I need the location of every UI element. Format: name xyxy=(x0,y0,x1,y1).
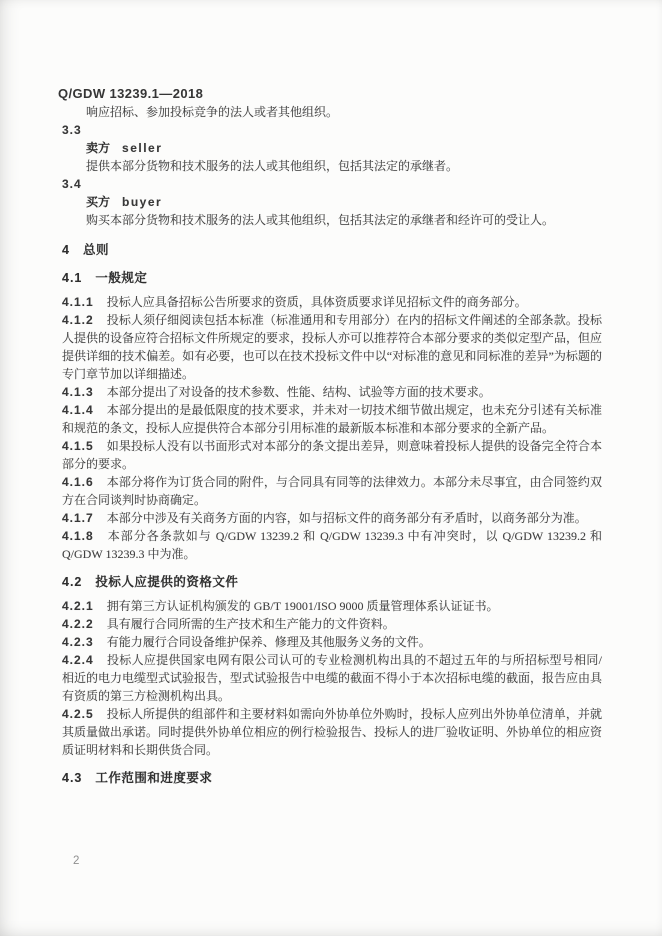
clause-4-2-3-number: 4.2.3 xyxy=(62,635,94,649)
definition-paragraph-bidder: 响应招标、参加投标竞争的法人或者其他组织。 xyxy=(62,103,602,121)
heading-4-1-number: 4.1 xyxy=(62,271,82,285)
heading-4-2-title: 投标人应提供的资格文件 xyxy=(95,575,238,589)
definition-paragraph-buyer: 购买本部分货物和技术服务的法人或其他组织，包括其法定的承继者和经许可的受让人。 xyxy=(62,211,602,229)
clause-4-1-7-text: 本部分中涉及有关商务方面的内容，如与招标文件的商务部分有矛盾时，以商务部分为准。 xyxy=(107,511,587,525)
clause-4-1-7: 4.1.7本部分中涉及有关商务方面的内容，如与招标文件的商务部分有矛盾时，以商务… xyxy=(62,509,602,527)
clause-4-2-5-text: 投标人所提供的组部件和主要材料如需向外协单位外购时，投标人应列出外协单位清单，并… xyxy=(62,707,602,757)
clause-4-2-2-text: 具有履行合同所需的生产技术和生产能力的文件资料。 xyxy=(107,617,395,631)
clause-4-1-8-text: 本部分各条款如与 Q/GDW 13239.2 和 Q/GDW 13239.3 中… xyxy=(62,529,602,561)
clause-4-2-2: 4.2.2具有履行合同所需的生产技术和生产能力的文件资料。 xyxy=(62,615,602,633)
clause-4-2-1: 4.2.1拥有第三方认证机构颁发的 GB/T 19001/ISO 9000 质量… xyxy=(62,597,602,615)
clause-4-2-5: 4.2.5投标人所提供的组部件和主要材料如需向外协单位外购时，投标人应列出外协单… xyxy=(62,705,602,759)
clause-4-1-5-number: 4.1.5 xyxy=(62,439,94,453)
clause-4-1-4: 4.1.4本部分提出的是最低限度的技术要求，并未对一切技术细节做出规定，也未充分… xyxy=(62,401,602,437)
clause-4-1-6-number: 4.1.6 xyxy=(62,475,94,489)
term-buyer: 买方buyer xyxy=(62,193,602,211)
heading-4-1-general-rules: 4.1一般规定 xyxy=(62,269,602,287)
clause-4-1-4-number: 4.1.4 xyxy=(62,403,94,417)
clause-4-1-2-text: 投标人须仔细阅读包括本标准（标准通用和专用部分）在内的招标文件阐述的全部条款。投… xyxy=(62,313,602,381)
running-header-doc-code: Q/GDW 13239.1—2018 xyxy=(58,86,203,101)
document-body: 响应招标、参加投标竞争的法人或者其他组织。 3.3 卖方seller 提供本部分… xyxy=(62,103,602,793)
term-seller-zh: 卖方 xyxy=(86,141,110,155)
heading-4-3-title: 工作范围和进度要求 xyxy=(95,771,212,785)
clause-4-2-1-text: 拥有第三方认证机构颁发的 GB/T 19001/ISO 9000 质量管理体系认… xyxy=(107,599,499,613)
clause-4-1-8-number: 4.1.8 xyxy=(62,529,94,543)
clause-4-1-3-text: 本部分提出了对设备的技术参数、性能、结构、试验等方面的技术要求。 xyxy=(107,385,491,399)
term-seller: 卖方seller xyxy=(62,139,602,157)
clause-4-2-3: 4.2.3有能力履行合同设备维护保养、修理及其他服务义务的文件。 xyxy=(62,633,602,651)
clause-4-2-2-number: 4.2.2 xyxy=(62,617,94,631)
clause-4-1-3: 4.1.3本部分提出了对设备的技术参数、性能、结构、试验等方面的技术要求。 xyxy=(62,383,602,401)
heading-4-3-number: 4.3 xyxy=(62,771,82,785)
heading-4-2-number: 4.2 xyxy=(62,575,82,589)
definition-paragraph-seller: 提供本部分货物和技术服务的法人或其他组织，包括其法定的承继者。 xyxy=(62,157,602,175)
clause-4-2-4-number: 4.2.4 xyxy=(62,653,94,667)
heading-4-number: 4 xyxy=(62,243,70,257)
clause-4-1-6-text: 本部分将作为订货合同的附件，与合同具有同等的法律效力。本部分未尽事宜，由合同签约… xyxy=(62,475,602,507)
heading-4-title: 总则 xyxy=(83,243,109,257)
clause-4-2-3-text: 有能力履行合同设备维护保养、修理及其他服务义务的文件。 xyxy=(107,635,431,649)
clause-4-1-2-number: 4.1.2 xyxy=(62,313,94,327)
clause-4-1-2: 4.1.2投标人须仔细阅读包括本标准（标准通用和专用部分）在内的招标文件阐述的全… xyxy=(62,311,602,383)
heading-4-1-title: 一般规定 xyxy=(95,271,147,285)
clause-4-1-1-number: 4.1.1 xyxy=(62,295,94,309)
clause-number-3-4: 3.4 xyxy=(62,175,602,193)
clause-4-1-6: 4.1.6本部分将作为订货合同的附件，与合同具有同等的法律效力。本部分未尽事宜，… xyxy=(62,473,602,509)
clause-4-1-4-text: 本部分提出的是最低限度的技术要求，并未对一切技术细节做出规定，也未充分引述有关标… xyxy=(62,403,602,435)
clause-4-1-1: 4.1.1投标人应具备招标公告所要求的资质，具体资质要求详见招标文件的商务部分。 xyxy=(62,293,602,311)
clause-4-1-7-number: 4.1.7 xyxy=(62,511,94,525)
clause-4-2-4: 4.2.4投标人应提供国家电网有限公司认可的专业检测机构出具的不超过五年的与所招… xyxy=(62,651,602,705)
clause-4-1-5: 4.1.5如果投标人没有以书面形式对本部分的条文提出差异，则意味着投标人提供的设… xyxy=(62,437,602,473)
heading-4-2-qualification-documents: 4.2投标人应提供的资格文件 xyxy=(62,573,602,591)
clause-4-1-1-text: 投标人应具备招标公告所要求的资质，具体资质要求详见招标文件的商务部分。 xyxy=(107,295,527,309)
term-buyer-en: buyer xyxy=(122,195,162,209)
clause-4-1-5-text: 如果投标人没有以书面形式对本部分的条文提出差异，则意味着投标人提供的设备完全符合… xyxy=(62,439,602,471)
heading-4-3-work-scope-schedule: 4.3工作范围和进度要求 xyxy=(62,769,602,787)
clause-4-2-5-number: 4.2.5 xyxy=(62,707,94,721)
clause-4-2-1-number: 4.2.1 xyxy=(62,599,94,613)
clause-4-1-8: 4.1.8本部分各条款如与 Q/GDW 13239.2 和 Q/GDW 1323… xyxy=(62,527,602,563)
clause-4-1-3-number: 4.1.3 xyxy=(62,385,94,399)
term-seller-en: seller xyxy=(122,141,162,155)
term-buyer-zh: 买方 xyxy=(86,195,110,209)
page-number: 2 xyxy=(73,855,79,867)
document-page: Q/GDW 13239.1—2018 响应招标、参加投标竞争的法人或者其他组织。… xyxy=(0,0,662,936)
clause-4-2-4-text: 投标人应提供国家电网有限公司认可的专业检测机构出具的不超过五年的与所招标型号相同… xyxy=(62,653,602,703)
heading-4-general: 4总则 xyxy=(62,241,602,259)
clause-number-3-3: 3.3 xyxy=(62,121,602,139)
